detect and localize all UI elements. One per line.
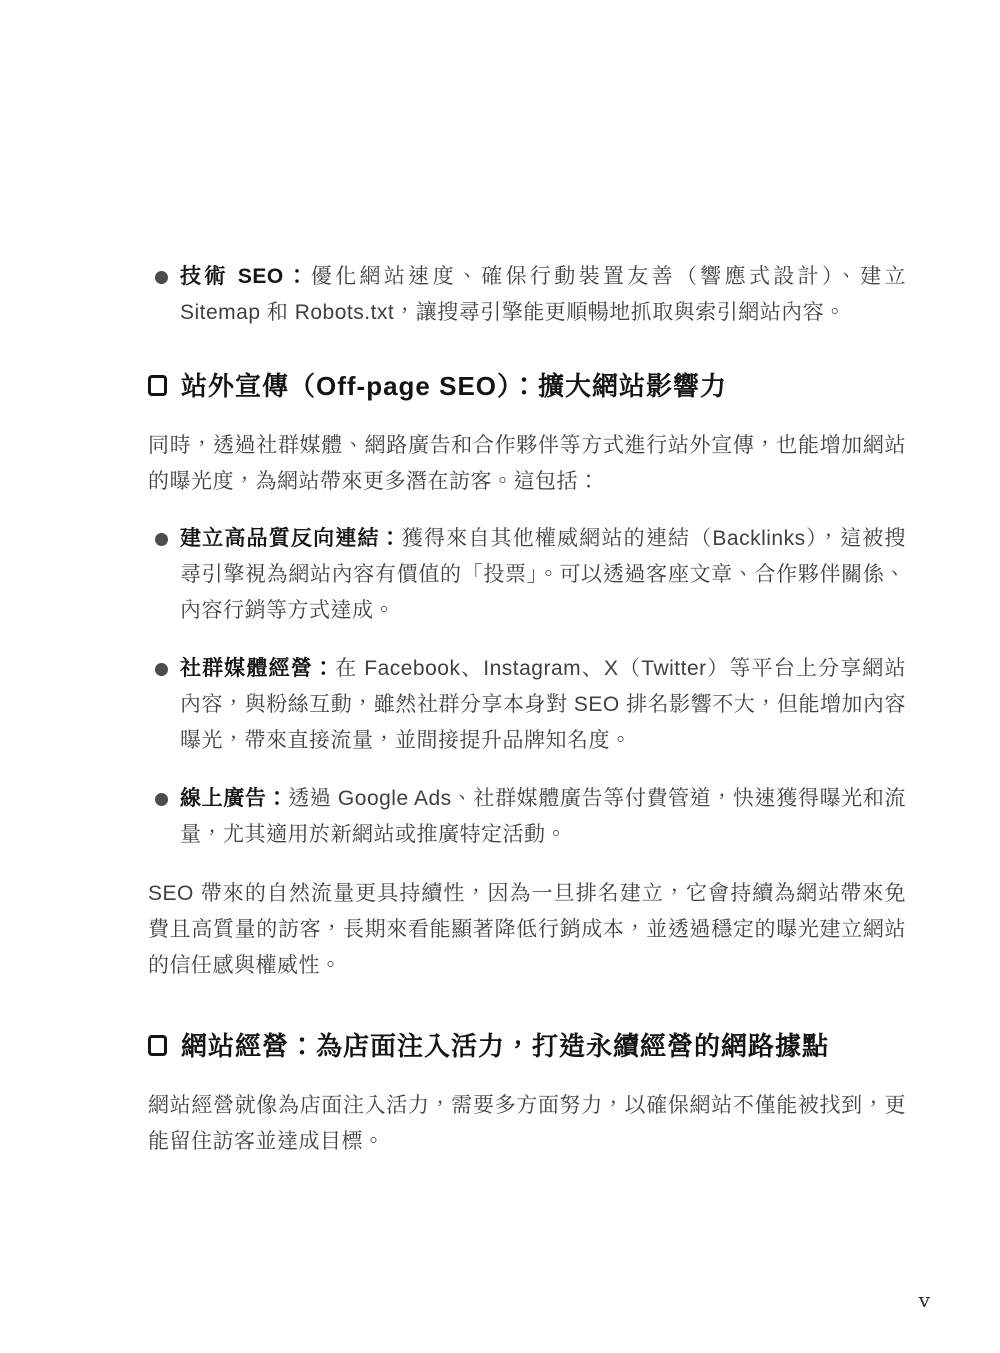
bullet-text: 透過 Google Ads、社群媒體廣告等付費管道，快速獲得曝光和流量，尤其適用…: [180, 787, 906, 846]
square-bullet-icon: [148, 375, 167, 396]
offpage-intro-paragraph: 同時，透過社群媒體、網路廣告和合作夥伴等方式進行站外宣傳，也能增加網站的曝光度，…: [148, 428, 906, 500]
page-number: v: [919, 1288, 930, 1312]
section-heading-offpage: 站外宣傳（Off-page SEO）：擴大網站影響力: [148, 366, 906, 406]
bullet-dot-icon: [155, 663, 168, 676]
tech-seo-list: 技術 SEO：優化網站速度、確保行動裝置友善（響應式設計）、建立 Sitemap…: [148, 259, 906, 331]
section-heading-label: 站外宣傳（Off-page SEO）：擴大網站影響力: [181, 371, 727, 401]
list-item: 線上廣告：透過 Google Ads、社群媒體廣告等付費管道，快速獲得曝光和流量…: [148, 781, 906, 853]
section-heading-operation: 網站經營：為店面注入活力，打造永續經營的網路據點: [148, 1026, 906, 1066]
operation-intro-paragraph: 網站經營就像為店面注入活力，需要多方面努力，以確保網站不僅能被找到，更能留住訪客…: [148, 1088, 906, 1160]
offpage-closing-paragraph: SEO 帶來的自然流量更具持續性，因為一旦排名建立，它會持續為網站帶來免費且高質…: [148, 876, 906, 984]
list-item: 建立高品質反向連結：獲得來自其他權威網站的連結（Backlinks），這被搜尋引…: [148, 521, 906, 629]
page-content: 技術 SEO：優化網站速度、確保行動裝置友善（響應式設計）、建立 Sitemap…: [148, 259, 906, 1160]
square-bullet-icon: [148, 1035, 167, 1056]
bullet-dot-icon: [155, 533, 168, 546]
section-heading-label: 網站經營：為店面注入活力，打造永續經營的網路據點: [181, 1031, 829, 1061]
bullet-label: 技術 SEO：: [180, 265, 311, 288]
bullet-dot-icon: [155, 271, 168, 284]
list-item: 社群媒體經營：在 Facebook、Instagram、X（Twitter）等平…: [148, 651, 906, 759]
bullet-label: 建立高品質反向連結：: [180, 527, 402, 550]
bullet-label: 社群媒體經營：: [180, 657, 335, 680]
offpage-bullet-list: 建立高品質反向連結：獲得來自其他權威網站的連結（Backlinks），這被搜尋引…: [148, 521, 906, 853]
list-item: 技術 SEO：優化網站速度、確保行動裝置友善（響應式設計）、建立 Sitemap…: [148, 259, 906, 331]
bullet-dot-icon: [155, 793, 168, 806]
book-page: 技術 SEO：優化網站速度、確保行動裝置友善（響應式設計）、建立 Sitemap…: [0, 0, 1000, 1353]
bullet-label: 線上廣告：: [180, 787, 288, 810]
